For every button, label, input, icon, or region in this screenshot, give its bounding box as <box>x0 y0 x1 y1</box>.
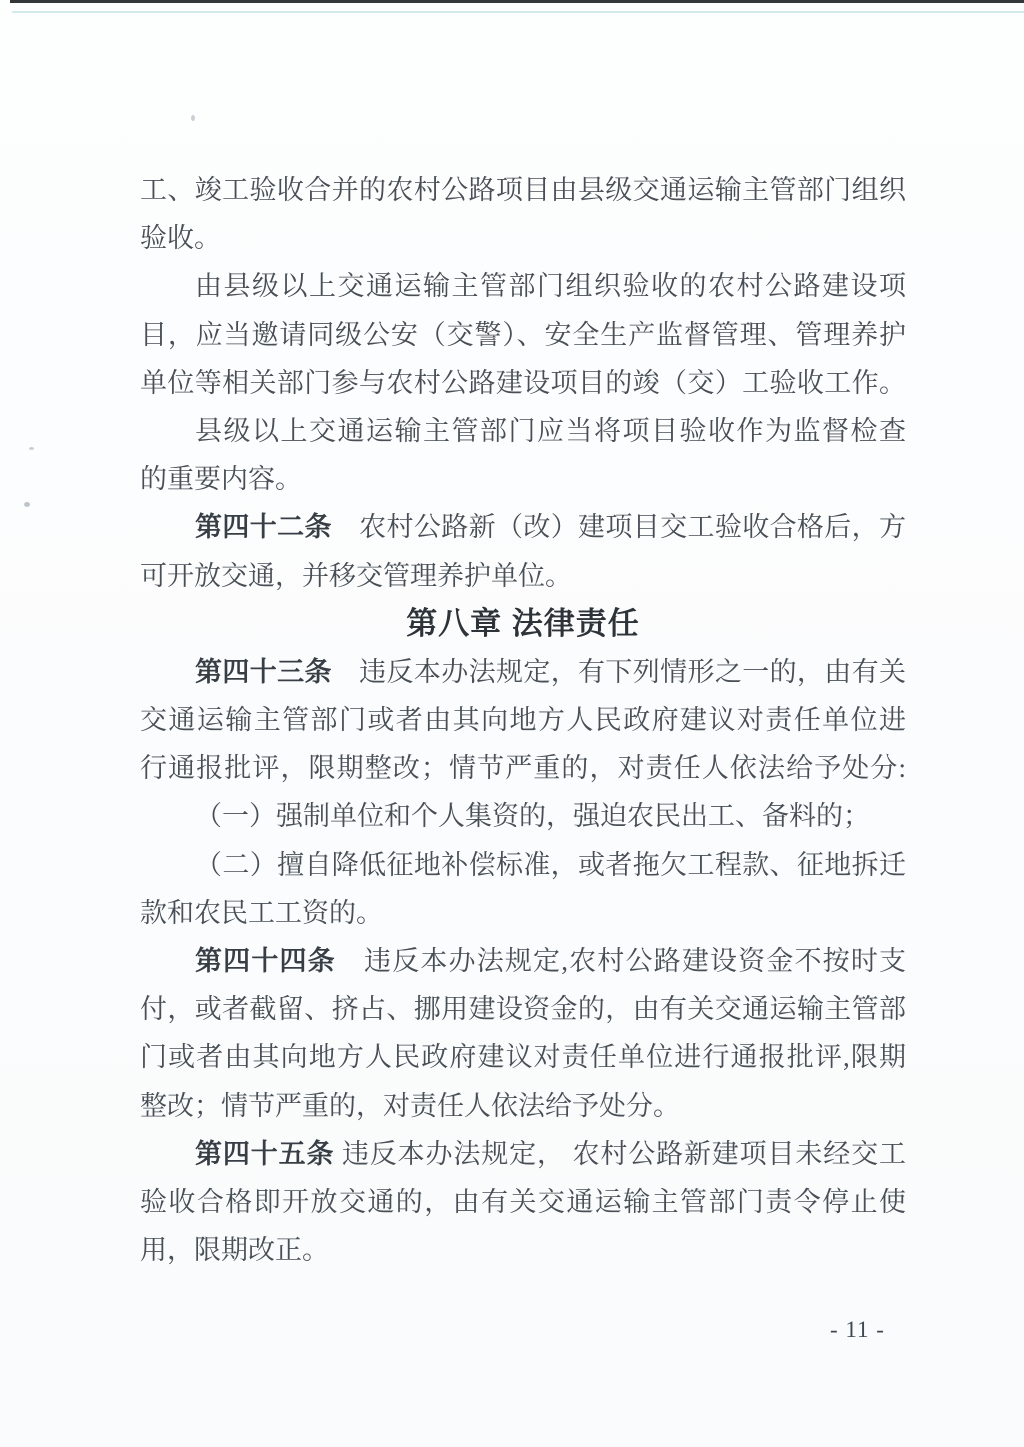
article-text: 违反本办法规定,农村公路建设资金不按时支 <box>336 946 906 976</box>
page-number: - 11 - <box>830 1317 885 1343</box>
list-item: （二）擅自降低征地补偿标准，或者拖欠工程款、征地拆迁 <box>140 841 906 889</box>
text-line: 交通运输主管部门或者由其向地方人民政府建议对责任单位进 <box>140 696 906 744</box>
article-line: 第四十四条 违反本办法规定,农村公路建设资金不按时支 <box>140 937 906 985</box>
article-number: 第四十二条 <box>195 512 332 542</box>
article-number: 第四十三条 <box>195 657 332 687</box>
scanned-document-page: 工、竣工验收合并的农村公路项目由县级交通运输主管部门组织 验收。 由县级以上交通… <box>0 0 1024 1447</box>
article-text: 农村公路新（改）建项目交工验收合格后，方 <box>332 512 906 542</box>
scan-edge-artifact <box>10 0 1024 3</box>
scan-speck <box>191 115 195 121</box>
text-line: 付，或者截留、挤占、挪用建设资金的，由有关交通运输主管部 <box>140 985 906 1033</box>
text-line: 款和农民工工资的。 <box>140 889 906 937</box>
text-line: 的重要内容。 <box>140 455 906 503</box>
list-item: （一）强制单位和个人集资的，强迫农民出工、备料的； <box>140 792 906 840</box>
article-text: 违反本办法规定，有下列情形之一的，由有关 <box>332 657 906 687</box>
text-line: 整改；情节严重的，对责任人依法给予处分。 <box>140 1082 906 1130</box>
article-line: 第四十五条 违反本办法规定， 农村公路新建项目未经交工 <box>140 1130 906 1178</box>
article-number: 第四十四条 <box>195 946 336 976</box>
text-line: 验收。 <box>140 214 906 262</box>
text-line: 门或者由其向地方人民政府建议对责任单位进行通报批评,限期 <box>140 1033 906 1081</box>
scan-speck <box>24 502 30 507</box>
text-line: 验收合格即开放交通的，由有关交通运输主管部门责令停止使 <box>140 1178 906 1226</box>
article-line: 第四十三条 违反本办法规定，有下列情形之一的，由有关 <box>140 648 906 696</box>
document-body: 工、竣工验收合并的农村公路项目由县级交通运输主管部门组织 验收。 由县级以上交通… <box>140 166 906 1274</box>
text-line: 可开放交通，并移交管理养护单位。 <box>140 552 906 600</box>
scanner-line-artifact <box>12 11 1024 13</box>
text-line: 工、竣工验收合并的农村公路项目由县级交通运输主管部门组织 <box>140 166 906 214</box>
text-line: 行通报批评，限期整改；情节严重的，对责任人依法给予处分: <box>140 744 906 792</box>
text-line: 单位等相关部门参与农村公路建设项目的竣（交）工验收工作。 <box>140 359 906 407</box>
article-number: 第四十五条 <box>195 1139 334 1169</box>
article-text: 违反本办法规定， 农村公路新建项目未经交工 <box>334 1139 906 1169</box>
text-line: 用，限期改正。 <box>140 1226 906 1274</box>
text-line: 由县级以上交通运输主管部门组织验收的农村公路建设项 <box>140 262 906 310</box>
text-line: 目，应当邀请同级公安（交警）、安全生产监督管理、管理养护 <box>140 311 906 359</box>
scan-speck <box>29 447 34 450</box>
article-line: 第四十二条 农村公路新（改）建项目交工验收合格后，方 <box>140 503 906 551</box>
text-line: 县级以上交通运输主管部门应当将项目验收作为监督检查 <box>140 407 906 455</box>
chapter-heading: 第八章 法律责任 <box>140 600 906 648</box>
